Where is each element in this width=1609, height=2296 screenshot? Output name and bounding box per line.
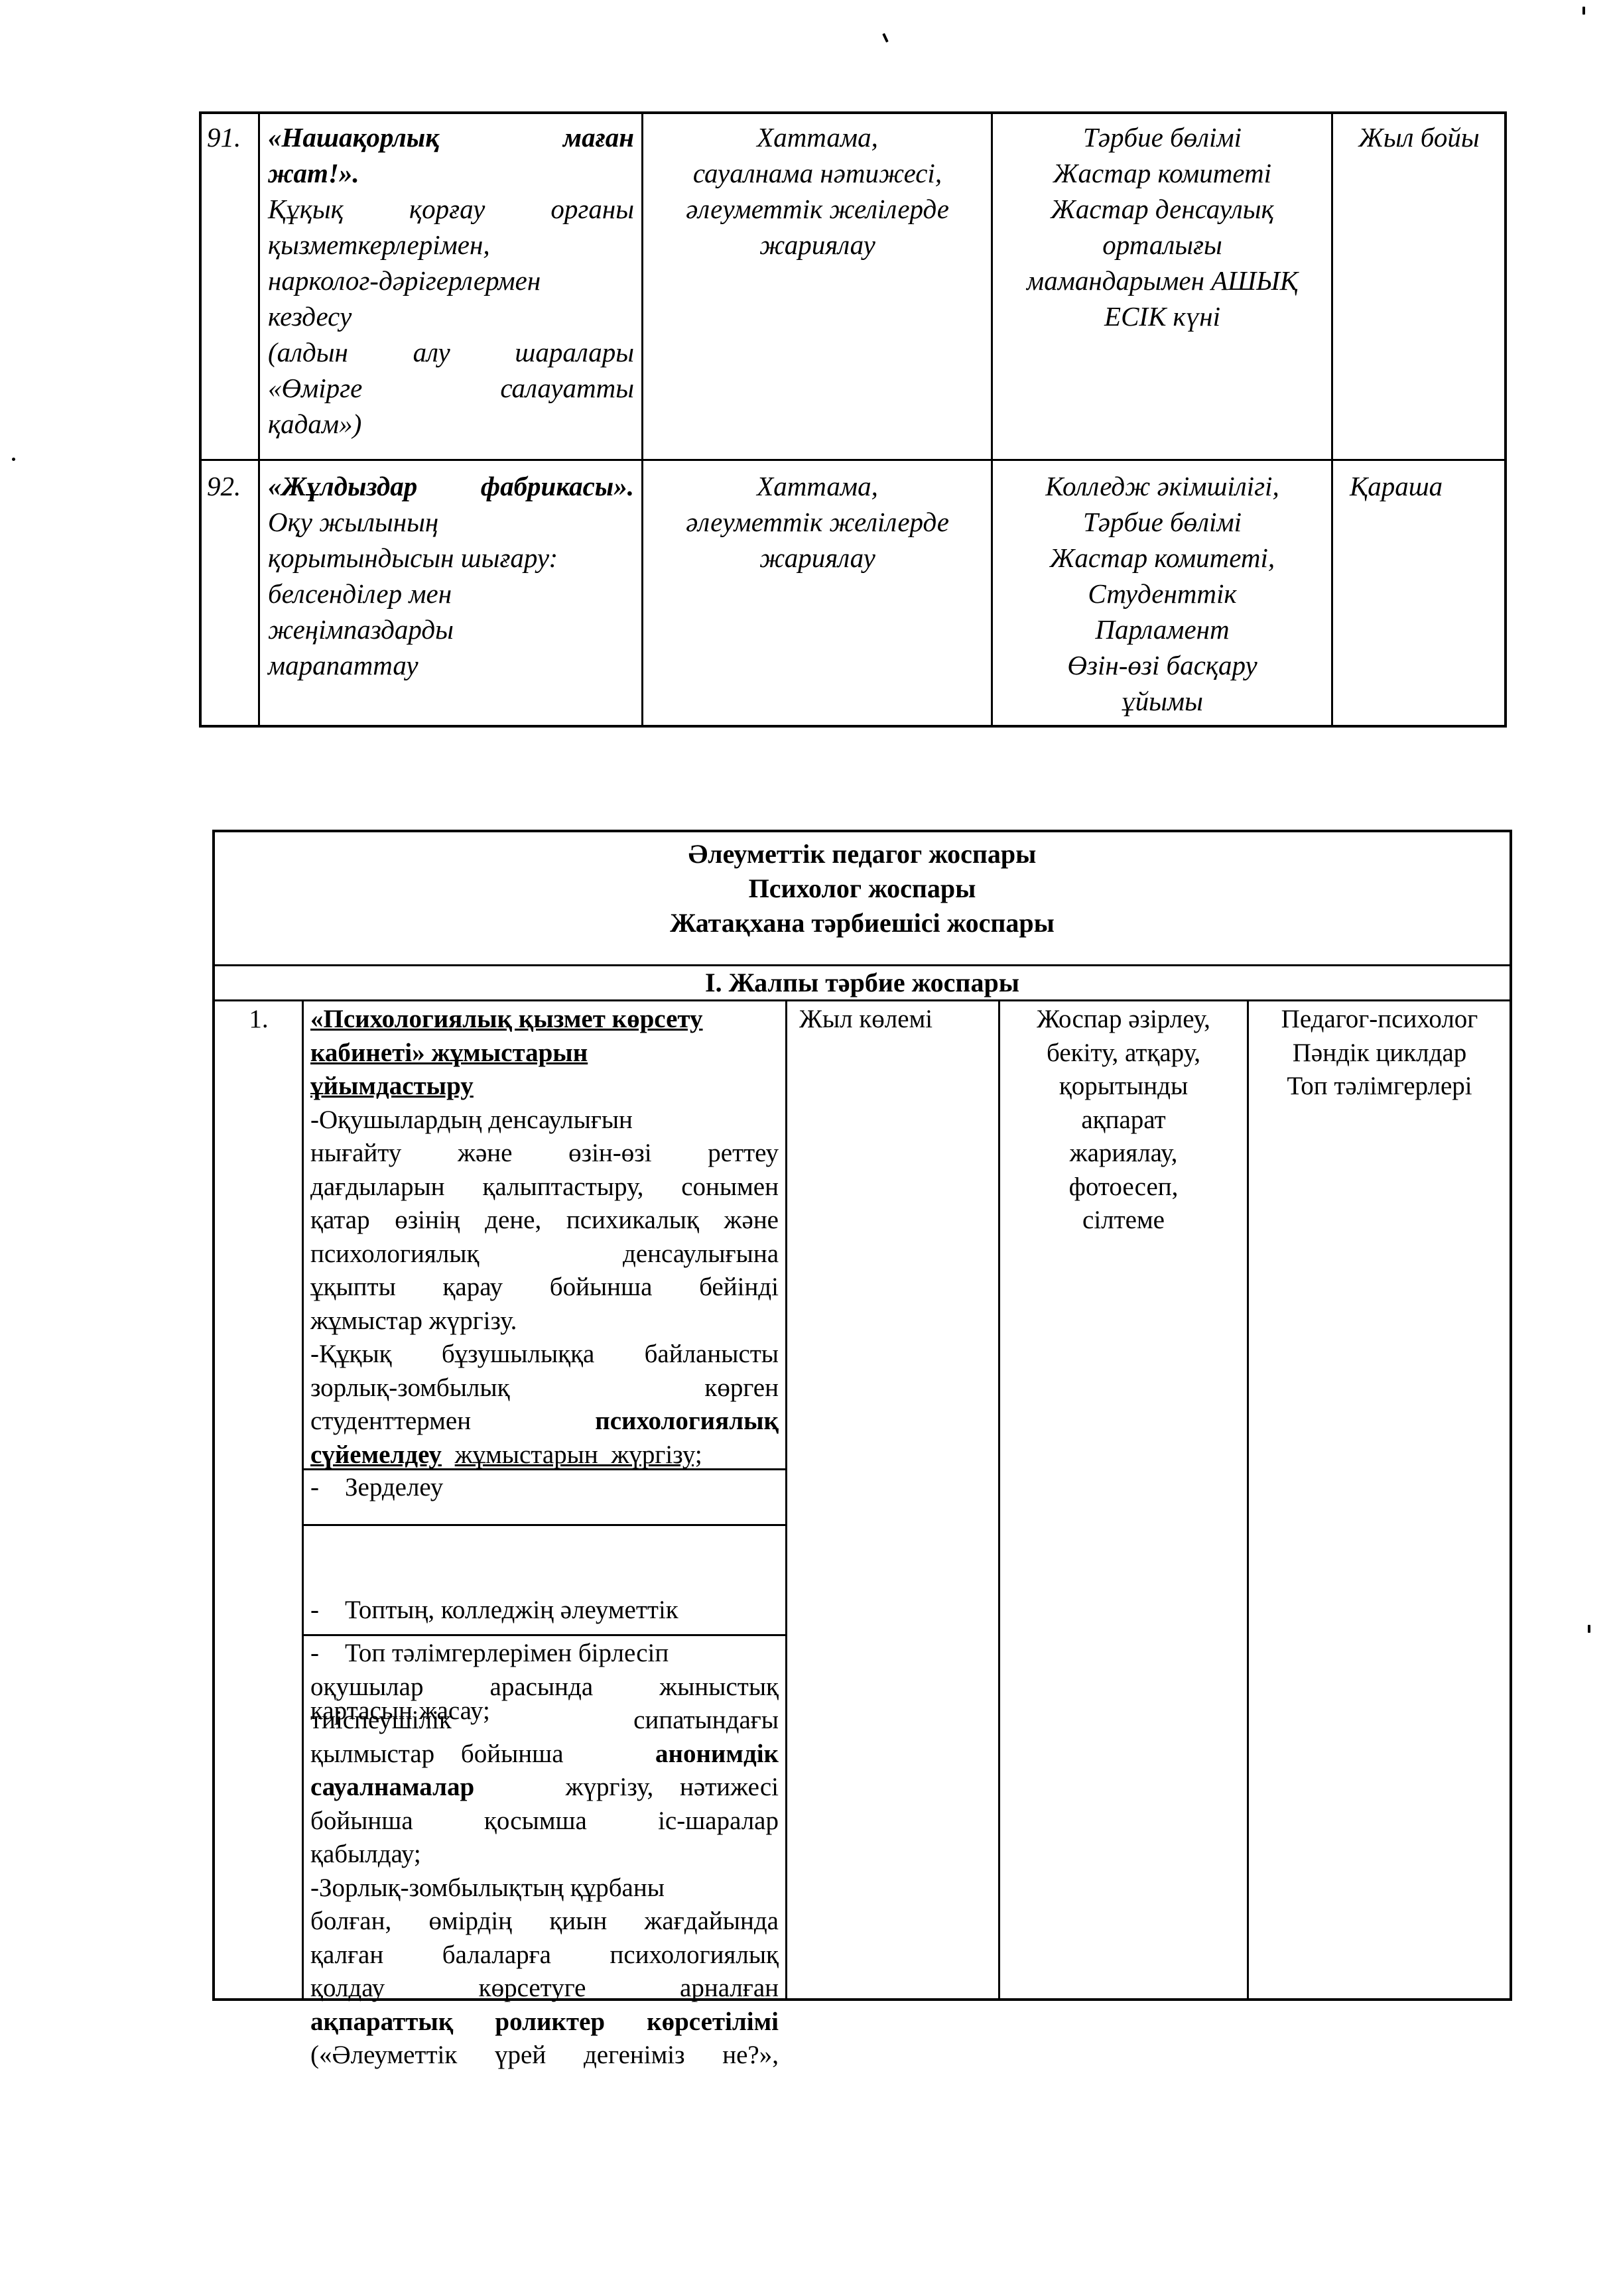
completion-form: Жоспар әзірлеу, бекіту, атқару, қорытынд… bbox=[1001, 1003, 1246, 1238]
form-line: фотоесеп, bbox=[1001, 1171, 1246, 1204]
responsible-line: ЕСІК күні bbox=[995, 298, 1330, 334]
responsible-line: Пәндік циклдар bbox=[1250, 1037, 1509, 1070]
event-text: «Өмірге салауатты bbox=[268, 370, 634, 406]
form-line: Хаттама, bbox=[647, 119, 988, 155]
activity-text: дағдыларын қалыптастыру, сонымен bbox=[310, 1171, 779, 1204]
col-divider bbox=[258, 113, 260, 726]
completion-form: Хаттама, сауалнама нәтижесі, әлеуметтік … bbox=[647, 119, 988, 263]
row-number: 1. bbox=[216, 1003, 301, 1037]
activity-text: оқушылар арасында жыныстық bbox=[310, 1671, 779, 1704]
period: Жыл көлемі bbox=[799, 1003, 995, 1037]
text-run: қылмыстар бойынша bbox=[310, 1738, 564, 1771]
scan-mark bbox=[882, 33, 889, 42]
activity-text: тиіспеушілік сипатындағы bbox=[310, 1704, 779, 1738]
col-divider bbox=[641, 113, 643, 726]
scan-mark bbox=[1582, 7, 1585, 15]
activity-text: («Әлеуметтік үрей дегеніміз не?», bbox=[310, 2039, 779, 2073]
responsible-line: ұйымы bbox=[995, 683, 1330, 719]
col-divider bbox=[785, 1000, 787, 2000]
responsible-line: Тәрбие бөлімі bbox=[995, 119, 1330, 155]
activity-text: бойынша қосымша іс-шаралар bbox=[310, 1805, 779, 1838]
responsible-line: Тәрбие бөлімі bbox=[995, 504, 1330, 540]
form-line: жариялау bbox=[647, 540, 988, 576]
header-line: Жатақхана тәрбиешісі жоспары bbox=[215, 906, 1510, 940]
event-text: марапаттау bbox=[268, 647, 634, 683]
form-line: Хаттама, bbox=[647, 468, 988, 504]
text-run-bold: сауалнамалар bbox=[310, 1771, 474, 1805]
scan-mark bbox=[1588, 1625, 1590, 1633]
responsible-line: Жастар комитеті, bbox=[995, 540, 1330, 576]
activity-text: -Оқушылардың денсаулығын bbox=[310, 1104, 779, 1137]
responsible-line: Топ тәлімгерлері bbox=[1250, 1070, 1509, 1104]
row-number: 92. bbox=[207, 468, 257, 504]
event-text: қадам») bbox=[268, 406, 634, 442]
sub-item-surveys: - Топ тәлімгерлерімен бірлесіп оқушылар … bbox=[310, 1637, 779, 2073]
activity-text: зорлық-зомбылық көрген bbox=[310, 1371, 779, 1405]
text-run: студенттермен bbox=[310, 1405, 471, 1438]
activity-text: қалған балаларға психологиялық bbox=[310, 1939, 779, 1972]
activity-text: - Топтың, колледжің әлеуметтік bbox=[310, 1594, 779, 1627]
form-line: қорытынды bbox=[1001, 1070, 1246, 1104]
event-title: «Жұлдыздар фабрикасы». bbox=[268, 468, 634, 504]
text-run-bold: анонимдік bbox=[655, 1738, 779, 1771]
text-run: жұмыстарын жүргізу; bbox=[455, 1440, 702, 1469]
activity-text: ұқыпты қарау бойынша бейінді bbox=[310, 1271, 779, 1305]
header-line: Әлеуметтік педагог жоспары bbox=[215, 837, 1510, 871]
form-line: сілтеме bbox=[1001, 1204, 1246, 1238]
activity-text: қылмыстар бойынша анонимдік bbox=[310, 1738, 779, 1771]
activity-text: студенттермен психологиялық bbox=[310, 1405, 779, 1438]
responsible-line: Өзін-өзі басқару bbox=[995, 647, 1330, 683]
event-text: қызметкерлерімен, bbox=[268, 227, 634, 263]
responsible-line: орталығы bbox=[995, 227, 1330, 263]
form-line: сауалнама нәтижесі, bbox=[647, 155, 988, 191]
event-description: «Жұлдыздар фабрикасы». Оқу жылының қорыт… bbox=[268, 468, 634, 683]
responsible-line: Жастар комитеті bbox=[995, 155, 1330, 191]
event-text: белсенділер мен bbox=[268, 576, 634, 611]
completion-form: Хаттама, әлеуметтік желілерде жариялау bbox=[647, 468, 988, 576]
activity-title: кабинеті» жұмыстарын bbox=[310, 1037, 779, 1070]
form-line: ақпарат bbox=[1001, 1104, 1246, 1137]
responsible-line: Жастар денсаулық bbox=[995, 191, 1330, 227]
form-line: Жоспар әзірлеу, bbox=[1001, 1003, 1246, 1037]
scan-mark bbox=[12, 458, 15, 461]
col-divider bbox=[302, 1000, 304, 2000]
sub-item-study: - Зерделеу bbox=[310, 1471, 779, 1505]
text-run-bold: психологиялық bbox=[595, 1405, 779, 1438]
row-divider bbox=[199, 459, 1507, 461]
event-text: жеңімпаздарды bbox=[268, 611, 634, 647]
sub-row-divider bbox=[302, 1524, 786, 1526]
activity-text: болған, өмірдің қиын жағдайында bbox=[310, 1905, 779, 1939]
activity-text: қолдау көрсетуге арналған bbox=[310, 1972, 779, 2006]
activity-text: психологиялық денсаулығына bbox=[310, 1238, 779, 1271]
event-text: Құқық қорғау органы bbox=[268, 191, 634, 227]
form-line: жариялау, bbox=[1001, 1137, 1246, 1171]
activity-text: жұмыстар жүргізу. bbox=[310, 1305, 779, 1338]
event-text: нарколог-дәрігерлермен bbox=[268, 263, 634, 298]
form-line: жариялау bbox=[647, 227, 988, 263]
deadline: Жыл бойы bbox=[1334, 119, 1504, 155]
activity-text-bold: ақпараттық роликтер көрсетілімі bbox=[310, 2006, 779, 2039]
activity-description: «Психологиялық қызмет көрсету кабинеті» … bbox=[310, 1003, 779, 1472]
form-line: әлеуметтік желілерде bbox=[647, 504, 988, 540]
activity-title: «Психологиялық қызмет көрсету bbox=[310, 1003, 779, 1037]
activity-text: -Құқық бұзушылыққа байланысты bbox=[310, 1338, 779, 1371]
responsible-line: мамандарымен АШЫҚ bbox=[995, 263, 1330, 298]
event-text: кездесу bbox=[268, 298, 634, 334]
activity-text: қатар өзінің дене, психикалық және bbox=[310, 1204, 779, 1238]
header-line: Психолог жоспары bbox=[215, 871, 1510, 906]
section-title: І. Жалпы тәрбие жоспары bbox=[215, 966, 1510, 1000]
activity-title: ұйымдастыру bbox=[310, 1070, 779, 1104]
event-title: жат!». bbox=[268, 155, 634, 191]
text-run: жүргізу, нәтижесі bbox=[566, 1771, 779, 1805]
activity-text: нығайту және өзін-өзі реттеу bbox=[310, 1137, 779, 1171]
activity-text: -Зорлық-зомбылықтың құрбаны bbox=[310, 1872, 779, 1905]
activity-text: қабылдау; bbox=[310, 1838, 779, 1872]
responsible-line: Колледж әкімшілігі, bbox=[995, 468, 1330, 504]
activity-text: сауалнамалар жүргізу, нәтижесі bbox=[310, 1771, 779, 1805]
col-divider bbox=[1331, 113, 1333, 726]
row-number: 91. bbox=[207, 119, 257, 155]
text-run-bold: сүйемелдеу bbox=[310, 1440, 442, 1469]
col-divider bbox=[998, 1000, 1000, 2000]
responsible: Педагог-психолог Пәндік циклдар Топ тәлі… bbox=[1250, 1003, 1509, 1104]
responsible-line: Парламент bbox=[995, 611, 1330, 647]
activity-text: - Топ тәлімгерлерімен бірлесіп bbox=[310, 1637, 779, 1671]
event-text: Оқу жылының bbox=[268, 504, 634, 540]
col-divider bbox=[991, 113, 993, 726]
form-line: бекіту, атқару, bbox=[1001, 1037, 1246, 1070]
responsible-line: Студенттік bbox=[995, 576, 1330, 611]
event-description: «Нашақорлық маған жат!». Құқық қорғау ор… bbox=[268, 119, 634, 442]
form-line: әлеуметтік желілерде bbox=[647, 191, 988, 227]
event-text: қорытындысын шығару: bbox=[268, 540, 634, 576]
event-title: «Нашақорлық маған bbox=[268, 119, 634, 155]
plans-header: Әлеуметтік педагог жоспары Психолог жосп… bbox=[215, 837, 1510, 940]
event-text: (алдын алу шаралары bbox=[268, 334, 634, 370]
deadline: Қараша bbox=[1350, 468, 1502, 504]
responsible: Колледж әкімшілігі, Тәрбие бөлімі Жастар… bbox=[995, 468, 1330, 719]
col-divider bbox=[1247, 1000, 1249, 2000]
responsible-line: Педагог-психолог bbox=[1250, 1003, 1509, 1037]
responsible: Тәрбие бөлімі Жастар комитеті Жастар ден… bbox=[995, 119, 1330, 334]
activity-text: сүйемелдеу жұмыстарын жүргізу; bbox=[310, 1438, 779, 1472]
